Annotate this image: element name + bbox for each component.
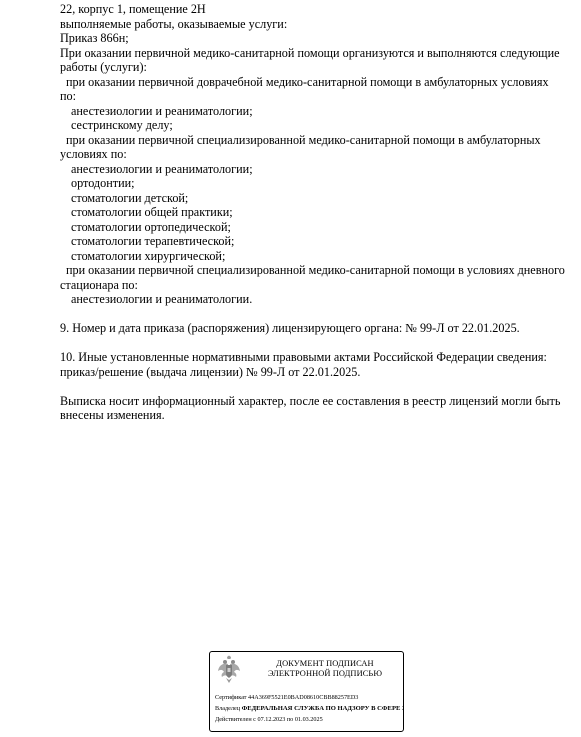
validity-row: Действителен с 07.12.2023 по 01.03.2025 bbox=[215, 715, 323, 724]
group2-list: анестезиологии и реаниматологии; ортодон… bbox=[60, 162, 560, 264]
electronic-signature-stamp: ДОКУМЕНТ ПОДПИСАН ЭЛЕКТРОННОЙ ПОДПИСЬЮ С… bbox=[209, 651, 404, 732]
group-heading: при оказании первичной специализированно… bbox=[60, 133, 560, 148]
list-item: анестезиологии и реаниматологии. bbox=[60, 292, 560, 307]
list-item: анестезиологии и реаниматологии; bbox=[60, 162, 560, 177]
group-heading: условиях по: bbox=[60, 147, 560, 162]
section-9: 9. Номер и дата приказа (распоряжения) л… bbox=[60, 321, 560, 336]
list-item: сестринскому делу; bbox=[60, 118, 560, 133]
order-line: Приказ 866н; bbox=[60, 31, 560, 46]
section-10: приказ/решение (выдача лицензии) № 99-Л … bbox=[60, 365, 560, 380]
list-item: анестезиологии и реаниматологии; bbox=[60, 104, 560, 119]
list-item: стоматологии детской; bbox=[60, 191, 560, 206]
intro-line: работы (услуги): bbox=[60, 60, 560, 75]
certificate-row: Сертификат 44A369F5521E0BAD08610CBB88257… bbox=[215, 693, 358, 702]
section-10: 10. Иные установленные нормативными прав… bbox=[60, 350, 560, 365]
group-heading: по: bbox=[60, 89, 560, 104]
owner-row: Владелец ФЕДЕРАЛЬНАЯ СЛУЖБА ПО НАДЗОРУ В… bbox=[215, 704, 404, 713]
list-item: ортодонтии; bbox=[60, 176, 560, 191]
intro-line: При оказании первичной медико-санитарной… bbox=[60, 46, 560, 61]
group-heading: стационара по: bbox=[60, 278, 560, 293]
valid-from-label: Действителен с bbox=[215, 716, 256, 723]
works-label: выполняемые работы, оказываемые услуги: bbox=[60, 17, 560, 32]
address-line: 22, корпус 1, помещение 2Н bbox=[60, 2, 560, 17]
owner-label: Владелец bbox=[215, 705, 240, 712]
group-heading: при оказании первичной специализированно… bbox=[60, 263, 560, 278]
disclaimer-note: внесены изменения. bbox=[60, 408, 560, 423]
list-item: стоматологии хирургической; bbox=[60, 249, 560, 264]
owner-value: ФЕДЕРАЛЬНАЯ СЛУЖБА ПО НАДЗОРУ В СФЕРЕ ЗД… bbox=[242, 705, 404, 712]
spacer bbox=[60, 336, 560, 351]
list-item: стоматологии терапевтической; bbox=[60, 234, 560, 249]
group-heading: при оказании первичной доврачебной медик… bbox=[60, 75, 560, 90]
valid-to-date: 01.03.2025 bbox=[295, 716, 323, 723]
spacer bbox=[60, 379, 560, 394]
spacer bbox=[60, 307, 560, 322]
russian-coat-of-arms-icon bbox=[217, 655, 241, 685]
certificate-value: 44A369F5521E0BAD08610CBB88257ED3 bbox=[248, 694, 358, 701]
stamp-title-line: ЭЛЕКТРОННОЙ ПОДПИСЬЮ bbox=[250, 669, 400, 679]
certificate-label: Сертификат bbox=[215, 694, 247, 701]
valid-to-label: по bbox=[287, 716, 293, 723]
valid-from-date: 07.12.2023 bbox=[257, 716, 285, 723]
document-page: 22, корпус 1, помещение 2Н выполняемые р… bbox=[60, 2, 560, 423]
group3-list: анестезиологии и реаниматологии. bbox=[60, 292, 560, 307]
disclaimer-note: Выписка носит информационный характер, п… bbox=[60, 394, 560, 409]
group1-list: анестезиологии и реаниматологии; сестрин… bbox=[60, 104, 560, 133]
stamp-title-line: ДОКУМЕНТ ПОДПИСАН bbox=[250, 659, 400, 669]
stamp-title: ДОКУМЕНТ ПОДПИСАН ЭЛЕКТРОННОЙ ПОДПИСЬЮ bbox=[250, 659, 400, 679]
list-item: стоматологии ортопедической; bbox=[60, 220, 560, 235]
list-item: стоматологии общей практики; bbox=[60, 205, 560, 220]
